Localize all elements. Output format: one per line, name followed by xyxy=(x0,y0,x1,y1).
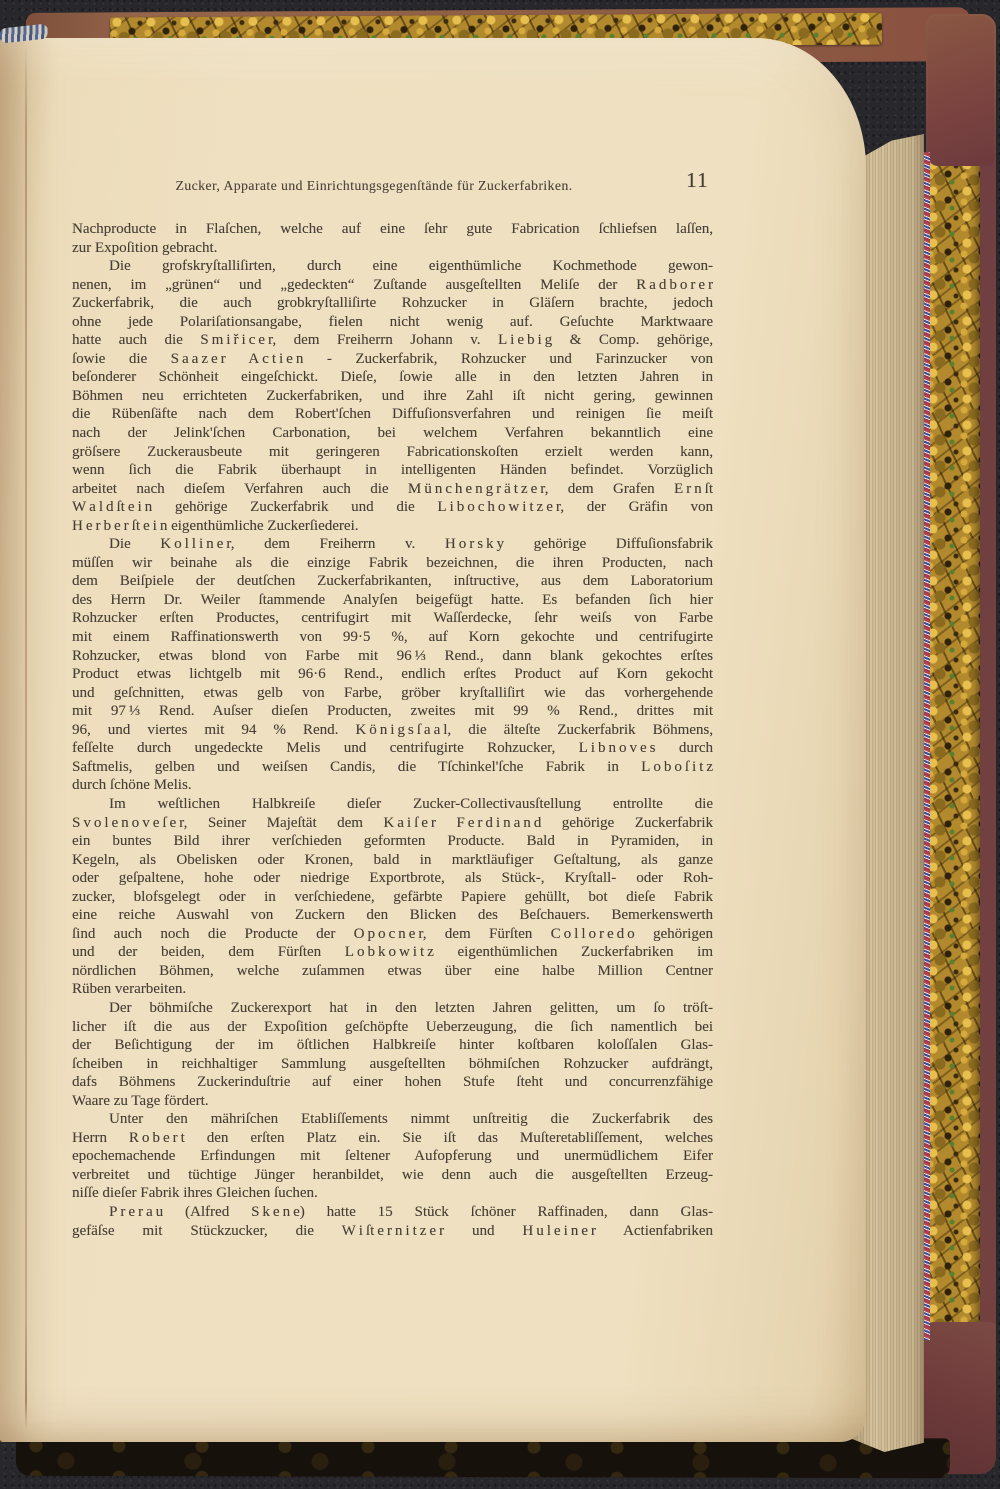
text-line: Rohzucker, etwas blond von Farbe mit 96 … xyxy=(72,647,713,666)
text-line: hatte auch die S m i ř i c e r, dem Frei… xyxy=(72,331,713,350)
text-line: müſſen wir beinahe als die einzige Fabri… xyxy=(72,554,713,573)
text-line: ſind auch noch die Producte der O p o c … xyxy=(72,925,713,944)
text-line: Böhmen neu errichteten Zuckerfabriken, u… xyxy=(72,387,713,406)
gutter-fold-line xyxy=(25,44,27,1429)
text-line: Zuckerfabrik, die auch grobkryſtalliſirt… xyxy=(72,294,713,313)
right-marbled-paper-strip xyxy=(926,160,980,1330)
text-line: P r e r a u (Alfred S k e n e) hatte 15 … xyxy=(72,1203,713,1222)
scanned-book-photo: { "header": { "running_title": "Zucker, … xyxy=(0,0,1000,1489)
text-line: W a l d ſt e i n gehörige Zuckerfabrik u… xyxy=(72,498,713,517)
text-line: Nachproducte in Flaſchen, welche auf ein… xyxy=(72,220,713,239)
page-number: 11 xyxy=(686,168,716,193)
text-line: durch ſchöne Melis. xyxy=(72,776,713,795)
text-line: licher iſt die aus der Expoſition geſchö… xyxy=(72,1018,713,1037)
text-line: ohne jede Polariſationsangabe, fielen ni… xyxy=(72,313,713,332)
text-line: ſcheiben in reichhaltiger Sammlung ausge… xyxy=(72,1055,713,1074)
text-line: zur Expoſition gebracht. xyxy=(72,239,713,258)
book-bottom-cover-edge xyxy=(16,1436,950,1478)
text-line: wenn ſich die Fabrik überhaupt in intell… xyxy=(72,461,713,480)
text-line: gefäſse mit Stückzucker, die W i ſt e r … xyxy=(72,1222,713,1241)
text-line: oder geſpaltene, hohe oder niedrige Expo… xyxy=(72,869,713,888)
text-line: zucker, blofsgelegt oder in verſchiedene… xyxy=(72,888,713,907)
text-line: dafs Böhmens Zuckerinduſtrie auf einer h… xyxy=(72,1073,713,1092)
text-line: Rohzucker erſten Productes, centrifugirt… xyxy=(72,609,713,628)
leather-corner-top-right xyxy=(928,16,994,166)
text-line: die Rübenſäfte nach dem Robert'ſchen Dif… xyxy=(72,405,713,424)
text-line: Herrn R o b e r t den erſten Platz ein. … xyxy=(72,1129,713,1148)
text-line: und geſchnitten, etwas gelb von Farbe, g… xyxy=(72,684,713,703)
gutter-shading xyxy=(0,38,54,1442)
text-line: 96, und viertes mit 94 % Rend. K ö n i g… xyxy=(72,721,713,740)
text-line: feſſelte durch ungedeckte Melis und cent… xyxy=(72,739,713,758)
text-line: ſowie die S a a z e r A c t i e n - Zuck… xyxy=(72,350,713,369)
text-line: dem Beiſpiele der deutſchen Zuckerfabrik… xyxy=(72,572,713,591)
text-line: verbreitet und tüchtige Jünger heranbild… xyxy=(72,1166,713,1185)
text-line: Der böhmiſche Zuckerexport hat in den le… xyxy=(72,999,713,1018)
text-line: Die K o l l i n e r, dem Freiherrn v. H … xyxy=(72,535,713,554)
text-line: epochemachende Erfindungen mit ſeltener … xyxy=(72,1147,713,1166)
text-line: niſſe dieſer Fabrik ihres Gleichen ſuche… xyxy=(72,1184,713,1203)
text-line: des Herrn Dr. Weiler ſtammende Analyſen … xyxy=(72,591,713,610)
text-line: Saftmelis, gelben und weiſsen Candis, di… xyxy=(72,758,713,777)
text-line: Unter den mähriſchen Etabliſſements nimm… xyxy=(72,1110,713,1129)
book-right-cover-edge xyxy=(926,14,996,1472)
text-line: gröſsere Zuckerausbeute mit geringeren F… xyxy=(72,443,713,462)
text-line: und der beiden, dem Fürſten L o b k o w … xyxy=(72,943,713,962)
text-line: mit 97 ⅓ Rend. Auſser dieſen Producten, … xyxy=(72,702,713,721)
running-head: Zucker, Apparate und Einrichtungsgegenſt… xyxy=(64,178,684,194)
text-line: beſonderer Schönheit eingeſchickt. Dieſe… xyxy=(72,368,713,387)
text-line: eine reiche Auswahl von Zuckern den Blic… xyxy=(72,906,713,925)
text-line: Die grofskryſtalliſirten, durch eine eig… xyxy=(72,257,713,276)
text-block: Nachproducte in Flaſchen, welche auf ein… xyxy=(72,220,713,1240)
text-line: nach der Jelink'ſchen Carbonation, bei w… xyxy=(72,424,713,443)
text-line: arbeitet nach dieſem Verfahren auch die … xyxy=(72,480,713,499)
text-line: der Beſichtigung der im öſtlichen Halbkr… xyxy=(72,1036,713,1055)
text-line: ein buntes Bild ihrer verſchieden geform… xyxy=(72,832,713,851)
text-line: nenen, im „grünen“ und „gedeckten“ Zuſta… xyxy=(72,276,713,295)
text-line: Product etwas lichtgelb mit 96·6 Rend., … xyxy=(72,665,713,684)
text-line: mit einem Raffinationswerth von 99·5 %, … xyxy=(72,628,713,647)
text-line: Rüben verarbeiten. xyxy=(72,980,713,999)
text-line: H e r b e r ſt e i n eigenthümliche Zuck… xyxy=(72,517,713,536)
text-line: nördlichen Böhmen, welche zuſammen etwas… xyxy=(72,962,713,981)
text-line: Im weſtlichen Halbkreiſe dieſer Zucker-C… xyxy=(72,795,713,814)
text-line: Kegeln, als Obelisken oder Kronen, bald … xyxy=(72,851,713,870)
text-line: Waare zu Tage fördert. xyxy=(72,1092,713,1111)
text-line: S v o l e n o v e ſ e r, Seiner Majeſtät… xyxy=(72,814,713,833)
